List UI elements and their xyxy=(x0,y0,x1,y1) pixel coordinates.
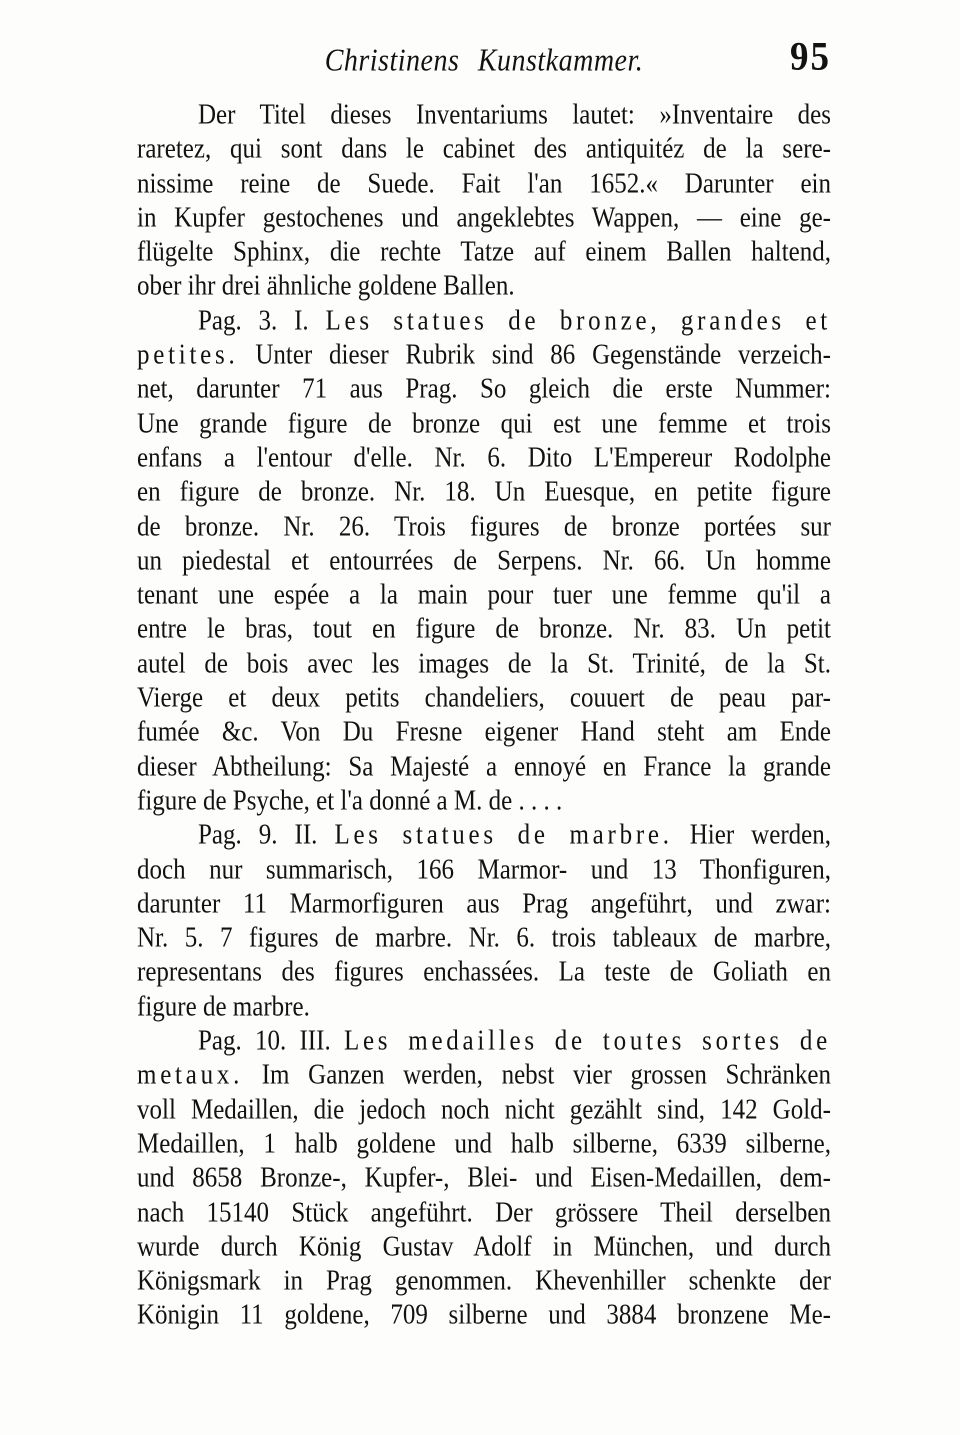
text-segment: und 8658 Bronze-, Kupfer-, Blei- und Eis… xyxy=(137,1163,831,1194)
running-title: Christinens Kunstkammer. xyxy=(137,44,831,80)
text-segment: autel de bois avec les images de la St. … xyxy=(137,648,831,679)
text-segment: Medaillen, 1 halb goldene und halb silbe… xyxy=(137,1128,831,1159)
paragraph: Pag. 3. I. Les statues de bronze, grande… xyxy=(137,305,831,819)
text-segment: in Kupfer gestochenes und angeklebtes Wa… xyxy=(137,202,831,233)
text-segment: en figure de bronze. Nr. 18. Un Euesque,… xyxy=(137,477,831,508)
text-segment: figure de Psyche, et l'a donné a M. de .… xyxy=(137,785,562,816)
paragraph: Der Titel dieses Inventariums lautet: »I… xyxy=(137,99,831,305)
paragraph: Pag. 9. II. Les statues de marbre. Hier … xyxy=(137,819,831,1025)
text-segment: Hier werden, xyxy=(690,820,831,851)
text-segment: net, darunter 71 aus Prag. So gleich die… xyxy=(137,374,831,405)
scanned-book-page: Christinens Kunstkammer. 95 Der Titel di… xyxy=(0,0,960,1435)
spaced-text-segment: petites. xyxy=(137,339,239,370)
text-segment: tenant une espée a la main pour tuer une… xyxy=(137,579,831,610)
text-line: Königin 11 goldene, 709 silberne und 388… xyxy=(137,1296,831,1336)
page-body: Der Titel dieses Inventariums lautet: »I… xyxy=(137,99,831,1334)
text-segment: Une grande figure de bronze qui est une … xyxy=(137,408,831,439)
text-segment: figure de marbre. xyxy=(137,991,310,1022)
text-segment: flügelte Sphinx, die rechte Tatze auf ei… xyxy=(137,236,831,267)
spaced-text-segment: Les statues de bronze, grandes et xyxy=(325,305,831,336)
text-segment: nissime reine de Suede. Fait l'an 1652.«… xyxy=(137,168,831,199)
spaced-text-segment: Les medailles de toutes sortes de xyxy=(344,1025,831,1056)
text-segment: Der Titel dieses Inventariums lautet: »I… xyxy=(198,99,831,130)
page-number: 95 xyxy=(790,34,831,80)
spaced-text-segment: Les statues de marbre. xyxy=(334,820,672,851)
text-segment: Pag. 10. III. xyxy=(198,1025,331,1056)
text-segment: darunter 11 Marmorfiguren aus Prag angef… xyxy=(137,888,831,919)
text-segment: entre le bras, tout en figure de bronze.… xyxy=(137,614,831,645)
text-segment: nach 15140 Stück angeführt. Der grössere… xyxy=(137,1197,831,1228)
text-segment: doch nur summarisch, 166 Marmor- und 13 … xyxy=(137,854,831,885)
text-segment: ober ihr drei ähnliche goldene Ballen. xyxy=(137,271,515,302)
text-segment: Königsmark in Prag genommen. Khevenhille… xyxy=(137,1265,831,1296)
text-segment: de bronze. Nr. 26. Trois figures de bron… xyxy=(137,511,831,542)
text-segment: enfans a l'entour d'elle. Nr. 6. Dito L'… xyxy=(137,442,831,473)
spaced-text-segment: metaux. xyxy=(137,1060,243,1091)
text-segment: fumée &c. Von Du Fresne eigener Hand ste… xyxy=(137,717,831,748)
text-segment: Nr. 5. 7 figures de marbre. Nr. 6. trois… xyxy=(137,922,831,953)
text-segment: Pag. 9. II. xyxy=(198,820,317,851)
page-header: Christinens Kunstkammer. 95 xyxy=(137,38,831,90)
text-segment: wurde durch König Gustav Adolf in Münche… xyxy=(137,1231,831,1262)
text-segment: representans des figures enchassées. La … xyxy=(137,957,831,988)
text-segment: Vierge et deux petits chandeliers, couue… xyxy=(137,682,831,713)
text-segment: raretez, qui sont dans le cabinet des an… xyxy=(137,134,831,165)
text-segment: Pag. 3. I. xyxy=(198,305,309,336)
text-segment: dieser Abtheilung: Sa Majesté a ennoyé e… xyxy=(137,751,831,782)
text-segment: voll Medaillen, die jedoch noch nicht ge… xyxy=(137,1094,831,1125)
text-segment: Unter dieser Rubrik sind 86 Gegenstände … xyxy=(255,339,831,370)
text-segment: un piedestal et entourrées de Serpens. N… xyxy=(137,545,831,576)
paragraph: Pag. 10. III. Les medailles de toutes so… xyxy=(137,1025,831,1334)
text-segment: Im Ganzen werden, nebst vier grossen Sch… xyxy=(262,1060,831,1091)
text-segment: Königin 11 goldene, 709 silberne und 388… xyxy=(137,1300,831,1331)
